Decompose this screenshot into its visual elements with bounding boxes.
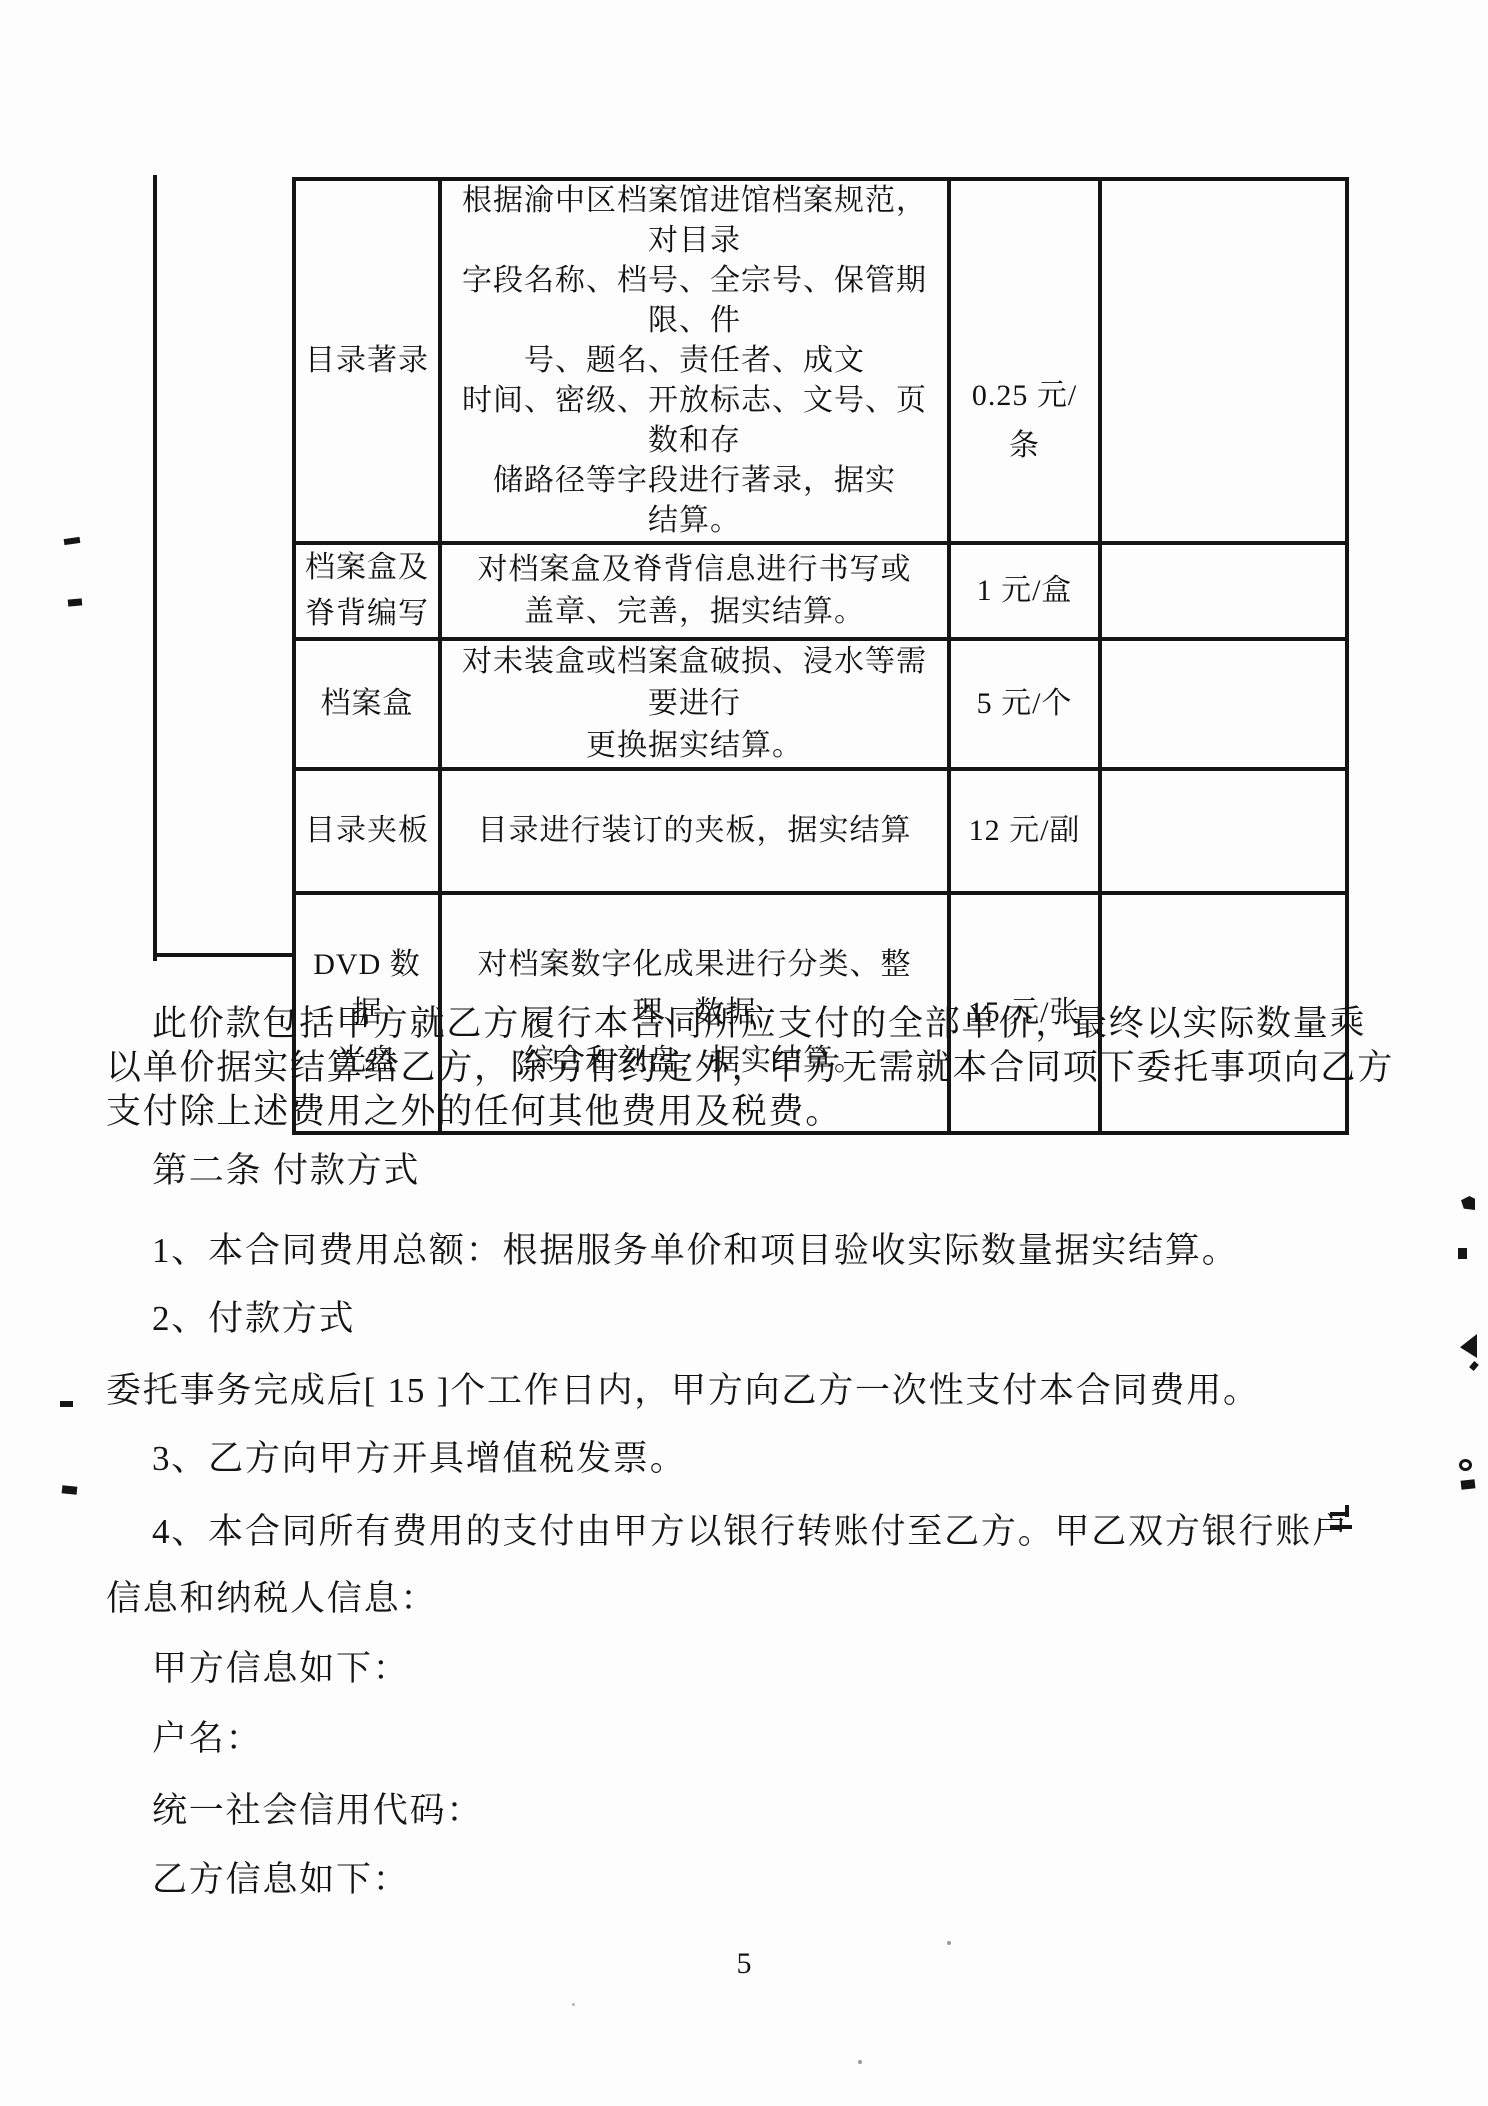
table-row: 目录夹板 目录进行装订的夹板，据实结算 12 元/副: [294, 769, 1347, 893]
unit-price-line: 条: [957, 421, 1092, 471]
table-cell-empty: [1100, 769, 1347, 893]
description-line: 对档案盒及脊背信息进行书写或: [448, 549, 941, 591]
paragraph-price-clause-line2: 以单价据实结算给乙方，除另有约定外，甲方无需就本合同项下委托事项向乙方: [106, 1046, 1416, 1090]
description-line: 号、题名、责任者、成文: [448, 341, 941, 381]
item-name-line: 脊背编写: [302, 591, 432, 637]
table-bottom-border-extension: [153, 953, 296, 957]
scan-artifact: [858, 2060, 862, 2064]
table-cell-item-name: 目录夹板: [294, 769, 440, 893]
paragraph-price-clause-line1: 此价款包括甲方就乙方履行本合同所应支付的全部单价，最终以实际数量乘: [106, 1002, 1416, 1046]
heading-article-2: 第二条 付款方式: [106, 1149, 1416, 1193]
table-cell-empty: [1100, 179, 1347, 543]
scan-artifact: [1461, 1479, 1476, 1489]
description-line: 根据渝中区档案馆进馆档案规范，对目录: [448, 181, 941, 261]
unit-price-line: 12 元/副: [957, 808, 1092, 854]
paragraph-price-clause-line3: 支付除上述费用之外的任何其他费用及税费。: [106, 1090, 1416, 1134]
table-cell-description: 根据渝中区档案馆进馆档案规范，对目录 字段名称、档号、全宗号、保管期限、件 号、…: [440, 179, 949, 543]
table-cell-description: 目录进行装订的夹板，据实结算: [440, 769, 949, 893]
table-cell-item-name: 档案盒: [294, 639, 440, 769]
scan-artifact: [572, 2003, 575, 2006]
payment-item-1: 1、本合同费用总额：根据服务单价和项目验收实际数量据实结算。: [106, 1229, 1416, 1273]
table-cell-unit-price: 12 元/副: [949, 769, 1100, 893]
table-cell-empty: [1100, 639, 1347, 769]
table-cell-description: 对档案盒及脊背信息进行书写或 盖章、完善，据实结算。: [440, 543, 949, 639]
scan-artifact: [1459, 1459, 1472, 1471]
unit-price-line: 1 元/盒: [957, 568, 1092, 614]
credit-code-label: 统一社会信用代码：: [106, 1789, 1416, 1833]
party-b-info-heading: 乙方信息如下：: [106, 1858, 1416, 1902]
description-line: 更换据实结算。: [448, 725, 941, 767]
party-a-info-heading: 甲方信息如下：: [106, 1647, 1416, 1691]
table-cell-item-name: 档案盒及 脊背编写: [294, 543, 440, 639]
table-cell-unit-price: 5 元/个: [949, 639, 1100, 769]
account-name-label: 户名：: [106, 1717, 1416, 1761]
payment-item-2: 2、付款方式: [106, 1297, 1416, 1341]
table-row: 档案盒 对未装盒或档案盒破损、浸水等需要进行 更换据实结算。 5 元/个: [294, 639, 1347, 769]
table-row: 目录著录 根据渝中区档案馆进馆档案规范，对目录 字段名称、档号、全宗号、保管期限…: [294, 179, 1347, 543]
scan-artifact: [60, 1401, 73, 1407]
item-name-line: 目录著录: [302, 338, 432, 384]
payment-item-2-detail: 委托事务完成后[ 15 ]个工作日内，甲方向乙方一次性支付本合同费用。: [106, 1369, 1416, 1413]
table-cell-item-name: 目录著录: [294, 179, 440, 543]
scan-artifact: [1330, 1525, 1352, 1529]
item-name-line: 目录夹板: [302, 808, 432, 854]
description-line: 盖章、完善，据实结算。: [448, 591, 941, 633]
description-line: 结算。: [448, 501, 941, 541]
item-name-line: 档案盒及: [302, 545, 432, 591]
scan-artifact: [1469, 1361, 1479, 1371]
table-outer-left-border: [153, 175, 157, 961]
table-cell-empty: [1100, 543, 1347, 639]
price-table: 目录著录 根据渝中区档案馆进馆档案规范，对目录 字段名称、档号、全宗号、保管期限…: [292, 177, 1349, 1135]
description-line: 时间、密级、开放标志、文号、页数和存: [448, 381, 941, 461]
scan-artifact: [68, 598, 83, 606]
table-cell-unit-price: 1 元/盒: [949, 543, 1100, 639]
scan-artifact: [1345, 1505, 1349, 1517]
table-cell-unit-price: 0.25 元/ 条: [949, 179, 1100, 543]
payment-item-3: 3、乙方向甲方开具增值税发票。: [106, 1437, 1416, 1481]
scan-artifact: [1460, 1334, 1477, 1358]
scan-artifact: [64, 537, 81, 545]
scan-artifact: [1458, 1248, 1467, 1259]
unit-price-line: 5 元/个: [957, 681, 1092, 727]
unit-price-line: 0.25 元/: [957, 371, 1092, 421]
item-name-line: 档案盒: [302, 681, 432, 727]
scan-artifact: [62, 1485, 78, 1495]
scan-artifact: [1461, 1196, 1475, 1210]
table-cell-description: 对未装盒或档案盒破损、浸水等需要进行 更换据实结算。: [440, 639, 949, 769]
payment-item-4-line2: 信息和纳税人信息：: [106, 1577, 1416, 1621]
scan-artifact: [947, 1941, 951, 1945]
table-row: 档案盒及 脊背编写 对档案盒及脊背信息进行书写或 盖章、完善，据实结算。 1 元…: [294, 543, 1347, 639]
description-line: 字段名称、档号、全宗号、保管期限、件: [448, 261, 941, 341]
page-number: 5: [0, 1948, 1488, 1980]
description-line: 储路径等字段进行著录，据实: [448, 461, 941, 501]
description-line: 目录进行装订的夹板，据实结算: [448, 810, 941, 852]
description-line: 对未装盒或档案盒破损、浸水等需要进行: [448, 641, 941, 725]
payment-item-4-line1: 4、本合同所有费用的支付由甲方以银行转账付至乙方。甲乙双方银行账户: [106, 1510, 1416, 1554]
